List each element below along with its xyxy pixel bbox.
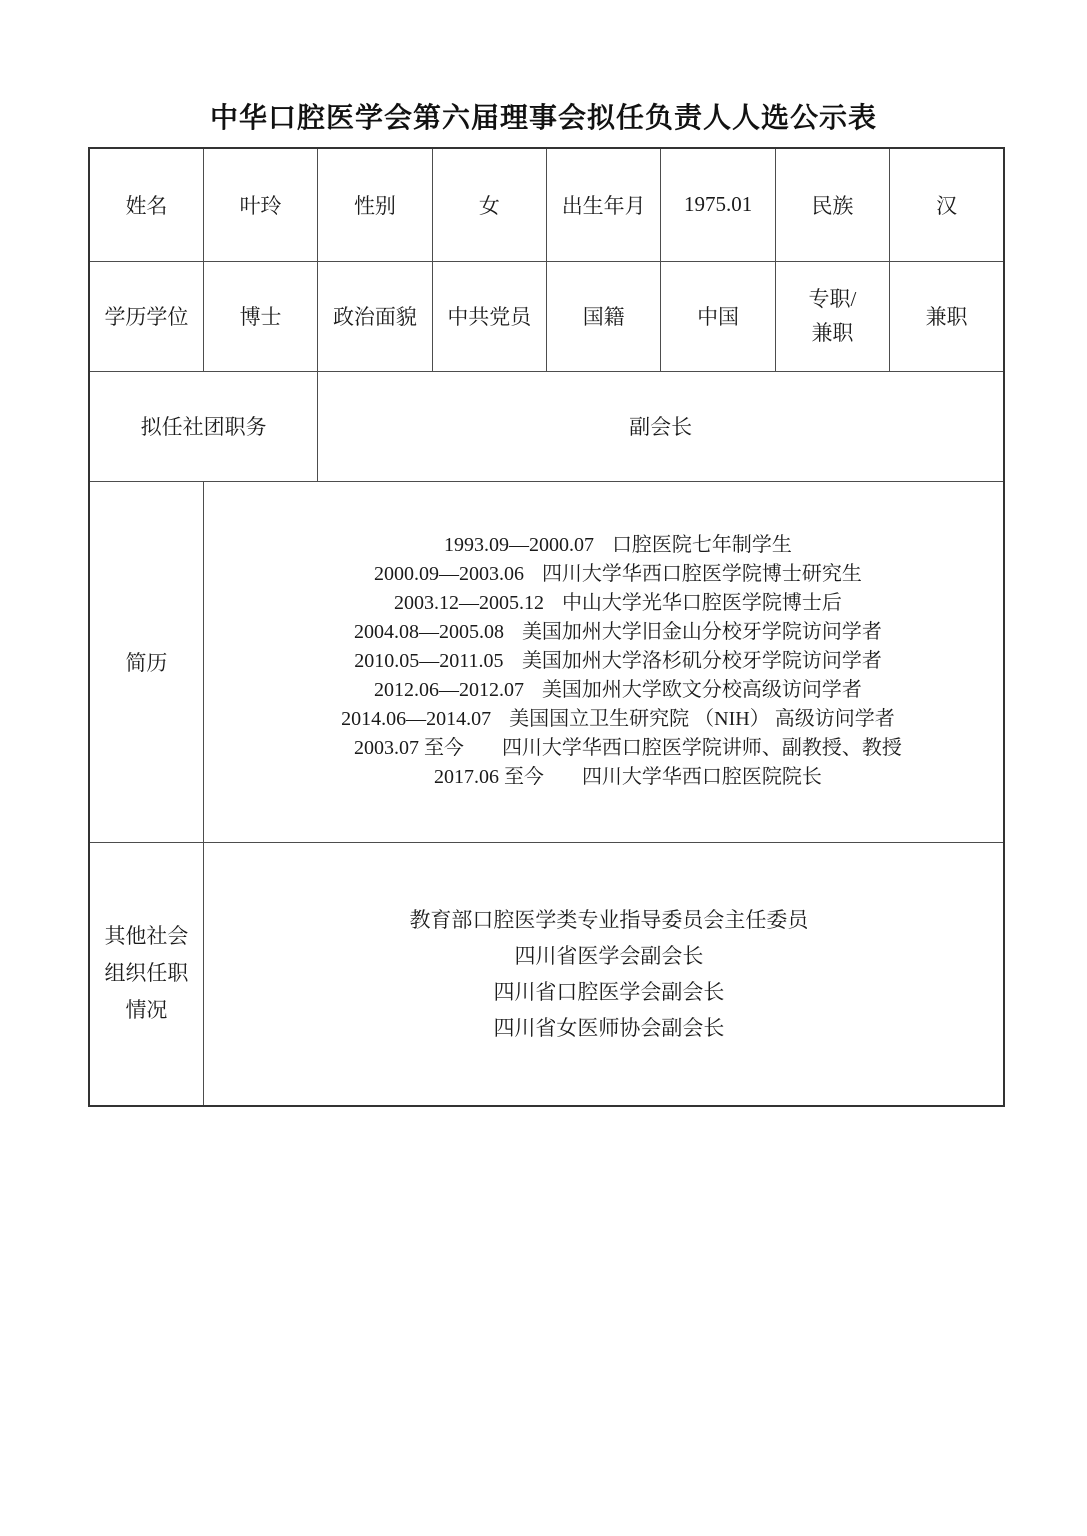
document-page: 中华口腔医学会第六届理事会拟任负责人人选公示表 姓名 叶玲 性别 女 出生年月 …: [0, 0, 1087, 1536]
resume-entry: 2014.06—2014.07美国国立卫生研究院 （NIH） 高级访问学者: [215, 705, 1003, 734]
page-title: 中华口腔医学会第六届理事会拟任负责人人选公示表: [0, 0, 1087, 136]
row-background-info: 学历学位 博士 政治面貌 中共党员 国籍 中国 专职/ 兼职 兼职: [89, 261, 1004, 371]
resume-desc: 四川大学华西口腔医学院博士研究生: [542, 563, 862, 585]
resume-period: 2014.06—2014.07: [323, 705, 509, 734]
resume-period: 2003.07 至今: [316, 734, 502, 763]
resume-desc: 美国国立卫生研究院 （NIH） 高级访问学者: [509, 708, 895, 730]
resume-desc: 美国加州大学洛杉矶分校牙学院访问学者: [522, 650, 882, 672]
other-positions-content-cell: 教育部口腔医学类专业指导委员会主任委员 四川省医学会副会长 四川省口腔医学会副会…: [203, 842, 1004, 1106]
education-label-cell: 学历学位: [89, 261, 203, 371]
row-other-positions: 其他社会 组织任职 情况 教育部口腔医学类专业指导委员会主任委员 四川省医学会副…: [89, 842, 1004, 1106]
resume-period: 2010.05—2011.05: [336, 647, 522, 676]
employment-type-label-cell: 专职/ 兼职: [775, 261, 889, 371]
resume-desc: 四川大学华西口腔医院院长: [582, 766, 822, 788]
row-proposed-position: 拟任社团职务 副会长: [89, 371, 1004, 481]
resume-desc: 美国加州大学旧金山分校牙学院访问学者: [522, 621, 882, 643]
ethnicity-value-cell: 汉: [890, 148, 1004, 261]
proposed-position-label-cell: 拟任社团职务: [89, 371, 318, 481]
resume-period: 2003.12—2005.12: [376, 589, 562, 618]
resume-period: 2004.08—2005.08: [336, 618, 522, 647]
resume-desc: 美国加州大学欧文分校高级访问学者: [542, 679, 862, 701]
resume-entry: 2003.07 至今四川大学华西口腔医学院讲师、副教授、教授: [215, 734, 1003, 763]
resume-content-cell: 1993.09—2000.07口腔医院七年制学生 2000.09—2003.06…: [203, 481, 1004, 842]
birthdate-value-cell: 1975.01: [661, 148, 775, 261]
resume-entry: 2004.08—2005.08美国加州大学旧金山分校牙学院访问学者: [215, 618, 1003, 647]
other-position-line: 四川省女医师协会副会长: [215, 1010, 1003, 1046]
personnel-form-table: 姓名 叶玲 性别 女 出生年月 1975.01 民族 汉 学历学位 博士 政治面…: [88, 147, 1005, 1107]
resume-entry: 1993.09—2000.07口腔医院七年制学生: [215, 531, 1003, 560]
resume-desc: 口腔医院七年制学生: [612, 534, 792, 556]
resume-entry: 2012.06—2012.07美国加州大学欧文分校高级访问学者: [215, 676, 1003, 705]
education-value-cell: 博士: [203, 261, 317, 371]
other-position-line: 四川省口腔医学会副会长: [215, 974, 1003, 1010]
other-position-line: 教育部口腔医学类专业指导委员会主任委员: [215, 902, 1003, 938]
resume-period: 2012.06—2012.07: [356, 676, 542, 705]
resume-period: 2017.06 至今: [396, 763, 582, 792]
resume-entry: 2017.06 至今四川大学华西口腔医院院长: [215, 763, 1003, 792]
resume-period: 1993.09—2000.07: [426, 531, 612, 560]
resume-desc: 四川大学华西口腔医学院讲师、副教授、教授: [502, 737, 902, 759]
resume-period: 2000.09—2003.06: [356, 560, 542, 589]
other-positions-label-cell: 其他社会 组织任职 情况: [89, 842, 203, 1106]
other-position-line: 四川省医学会副会长: [215, 938, 1003, 974]
gender-value-cell: 女: [432, 148, 546, 261]
resume-entry: 2000.09—2003.06四川大学华西口腔医学院博士研究生: [215, 560, 1003, 589]
resume-desc: 中山大学光华口腔医学院博士后: [562, 592, 842, 614]
other-position-lines: 教育部口腔医学类专业指导委员会主任委员 四川省医学会副会长 四川省口腔医学会副会…: [204, 902, 1003, 1046]
nationality-label-cell: 国籍: [547, 261, 661, 371]
proposed-position-value-cell: 副会长: [318, 371, 1004, 481]
resume-label-cell: 简历: [89, 481, 203, 842]
resume-entries: 1993.09—2000.07口腔医院七年制学生 2000.09—2003.06…: [204, 531, 1003, 792]
ethnicity-label-cell: 民族: [775, 148, 889, 261]
employment-type-value-cell: 兼职: [890, 261, 1004, 371]
birthdate-label-cell: 出生年月: [547, 148, 661, 261]
political-status-label-cell: 政治面貌: [318, 261, 432, 371]
resume-entry: 2010.05—2011.05美国加州大学洛杉矶分校牙学院访问学者: [215, 647, 1003, 676]
resume-entry: 2003.12—2005.12中山大学光华口腔医学院博士后: [215, 589, 1003, 618]
name-label-cell: 姓名: [89, 148, 203, 261]
gender-label-cell: 性别: [318, 148, 432, 261]
row-resume: 简历 1993.09—2000.07口腔医院七年制学生 2000.09—2003…: [89, 481, 1004, 842]
row-basic-info: 姓名 叶玲 性别 女 出生年月 1975.01 民族 汉: [89, 148, 1004, 261]
nationality-value-cell: 中国: [661, 261, 775, 371]
name-value-cell: 叶玲: [203, 148, 317, 261]
political-status-value-cell: 中共党员: [432, 261, 546, 371]
